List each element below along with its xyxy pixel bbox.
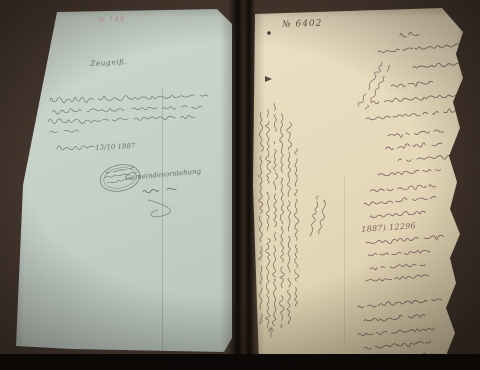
photo-bottom-black-strip (0, 354, 480, 370)
punch-hole (30, 69, 34, 73)
bottom-ink-mark (268, 328, 274, 339)
handwriting-line (388, 129, 444, 138)
margin-note-line (294, 145, 298, 306)
handwriting-line (364, 341, 431, 351)
document-number: № 6402 (282, 19, 323, 30)
right-page-handwriting-svg (249, 6, 466, 367)
margin-note-line (258, 112, 263, 324)
punch-hole (29, 26, 32, 29)
handwriting-line (366, 274, 434, 283)
signature-flourish (148, 200, 170, 217)
archival-document-photo: № 148 Zeugniß. 13/10 1887 Gemeindevorste… (0, 0, 480, 370)
archival-red-number: № 148 (98, 15, 125, 24)
handwriting-line (385, 141, 442, 150)
handwriting-line (370, 263, 426, 271)
handwriting-line (368, 249, 430, 258)
handwriting-line (366, 235, 444, 246)
handwriting-line (48, 114, 195, 125)
handwriting-line (391, 81, 433, 88)
handwriting-line (370, 209, 429, 218)
handwriting-line (57, 144, 95, 151)
book-gutter-shadow (228, 0, 256, 370)
handwriting-line (364, 195, 437, 206)
left-page: № 148 Zeugniß. 13/10 1887 Gemeindevorste… (12, 8, 234, 355)
punch-hole (267, 31, 270, 34)
right-page: № 6402 1887) 12296 (249, 6, 466, 367)
handwriting-line (398, 154, 456, 163)
margin-note-line (309, 196, 319, 237)
handwriting-line (378, 43, 460, 53)
handwriting-line (371, 92, 464, 104)
handwriting-line (50, 92, 208, 103)
handwriting-line (366, 108, 466, 121)
handwriting-line (378, 168, 441, 176)
handwriting-line (52, 104, 202, 115)
margin-note-line (287, 122, 292, 324)
handwriting-line (50, 130, 78, 133)
handwriting-line (358, 297, 442, 308)
signature-stroke (143, 187, 177, 193)
handwriting-line (364, 312, 431, 323)
handwriting-line (370, 184, 436, 194)
handwriting-line (400, 31, 419, 37)
handwriting-line (413, 61, 460, 69)
margin-note-line (272, 104, 277, 326)
margin-arrow-mark (265, 76, 272, 82)
margin-note-line (318, 200, 327, 234)
handwriting-line (358, 327, 435, 337)
margin-note-line (266, 110, 271, 329)
margin-note-line (279, 113, 284, 328)
